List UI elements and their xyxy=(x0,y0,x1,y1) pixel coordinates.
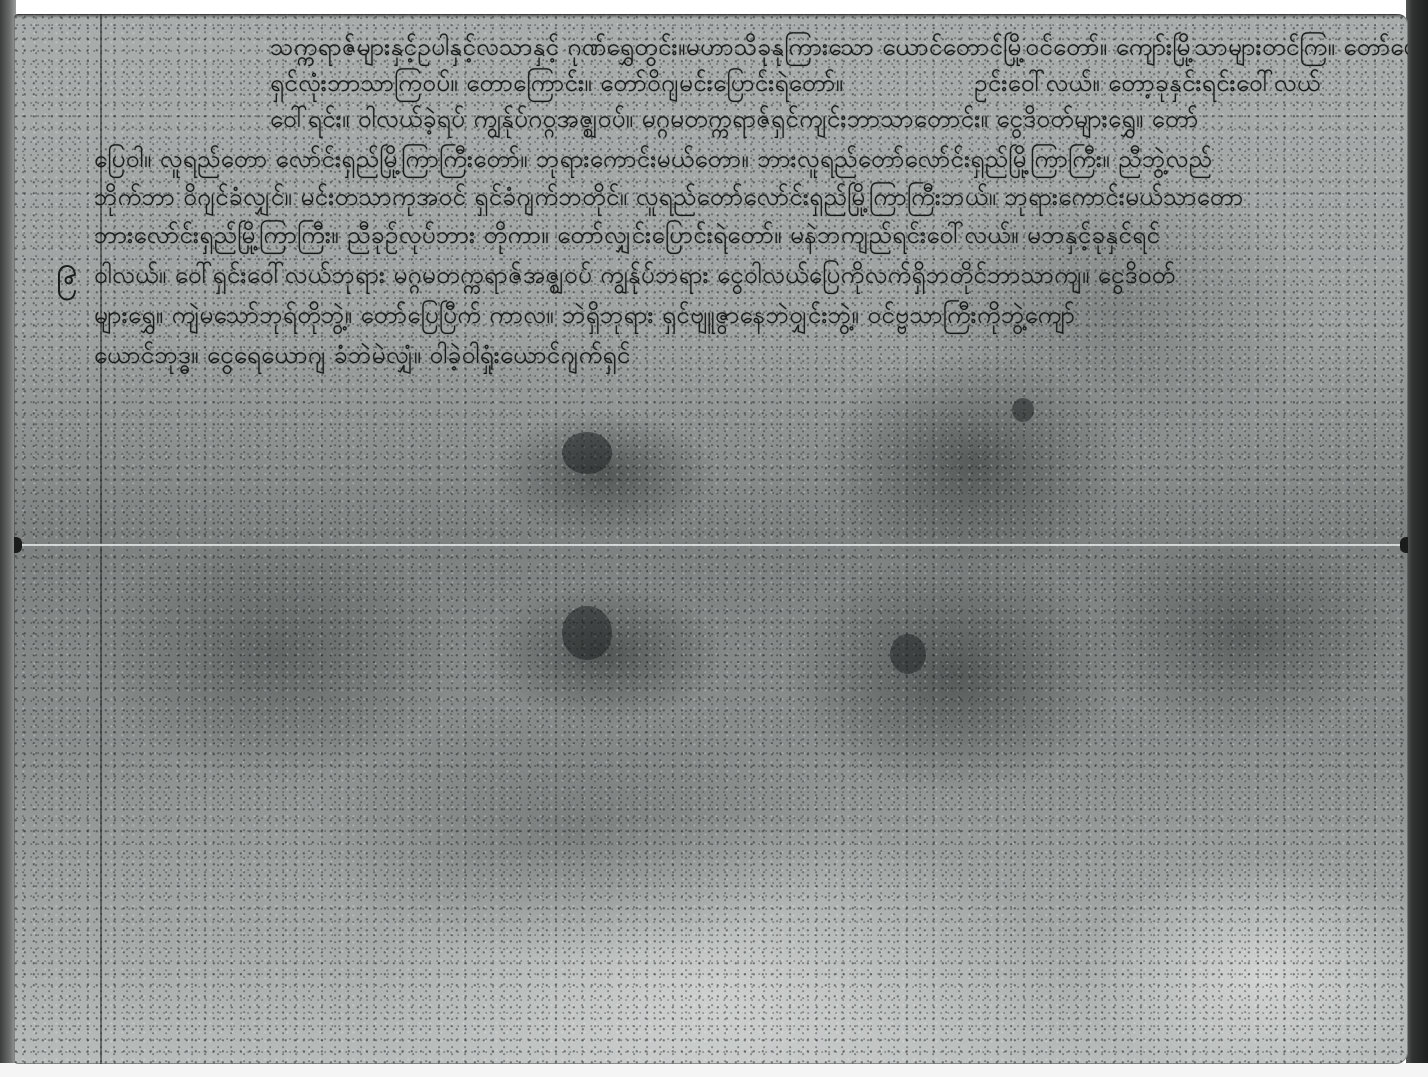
scan-backdrop-right xyxy=(1406,0,1428,1077)
text-line-8: များရွှေ။ ကျဲမသော်ဘုရ်တိုဘွဲ့။ တော်ပြေပြ… xyxy=(94,300,1075,330)
text-line-3: ဝေါ်ရင်း။ ဝါလယ်ခဲ့ရပ် ကျွန်ုပ်ဂဝ္ဂအဇ္ဈဝပ… xyxy=(270,104,1199,134)
text-line-4: ပြေဝါ။ လူရည်တော လော်င်းရှည်မြို့ကြာကြီးတ… xyxy=(94,144,1212,174)
text-line-6: ဘားလော်င်းရှည်မြို့ကြာကြီး။ ညီခုဉ်လုပ်ဘာ… xyxy=(94,220,1160,250)
text-line-7: ဝါလယ်။ ဝေါ်ရှင်းဝေါ်လယ်ဘုရား မဂ္ဂမတက္ကရာ… xyxy=(94,260,1176,290)
text-line-2-right: ဥင်းဝေါ်လယ်။ တော့ခုနှင်းရင်းဝေါ်လယ် xyxy=(974,68,1321,98)
scan-backdrop-bottom xyxy=(0,1063,1428,1077)
text-line-5: ဘိုက်ဘာ ဝိဂျင်ခံလျှင်။ မင်းတသာကုအဝင် ရှင… xyxy=(94,182,1243,212)
manuscript-page: ၉ သက္ကရာဇ်များနှင့်ဥပါနှင့်လသာနှင့် ဂုဏ်… xyxy=(14,14,1408,1064)
text-line-1: သက္ကရာဇ်များနှင့်ဥပါနှင့်လသာနှင့် ဂုဏ်ရွ… xyxy=(270,32,1408,62)
manuscript-text: သက္ကရာဇ်များနှင့်ဥပါနှင့်လသာနှင့် ဂုဏ်ရွ… xyxy=(14,14,1408,1064)
text-line-9: ယောင်ဘုဒ္ဓ။ ငွေရေယောဂျ ခံဘဲမဲလျှံ။ ဝါခဲ့… xyxy=(94,340,631,370)
text-line-2: ရှင်လုံးဘာသာကြဝပ်။ တောကြောင်း။ တော်ဝိဂျမ… xyxy=(270,68,843,98)
